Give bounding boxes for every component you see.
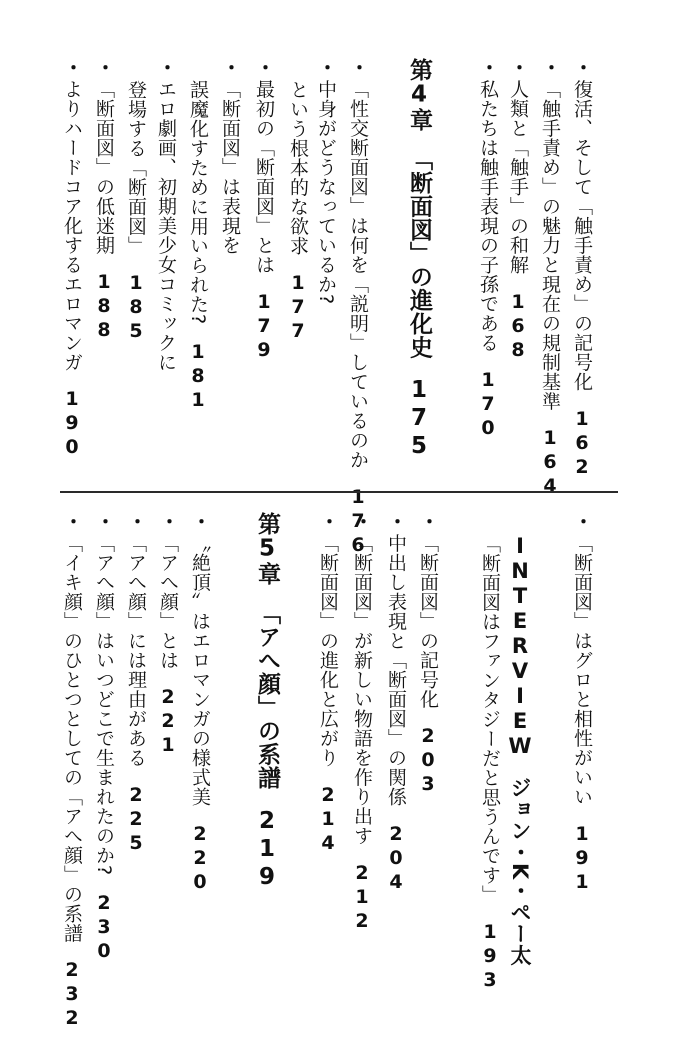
entry-title-line2: 誤魔化すために用いられた? <box>187 80 209 325</box>
toc-entry[interactable]: ・「断面図」が新しい物語を作り出す212 <box>348 512 376 934</box>
bullet-icon: ・ <box>568 512 596 532</box>
bullet-icon: ・ <box>344 58 372 78</box>
bullet-icon: ・ <box>152 58 180 78</box>
entry-title: 〝絶頂〟はエロマンガの様式美 <box>189 534 211 807</box>
page-number: 214 <box>314 784 342 856</box>
interview-heading[interactable]: INTERVIEWジョン・K・ペー太 <box>506 534 534 966</box>
toc-entry[interactable]: ・「アへ顔」はいつどこで生まれたのか?230 <box>90 512 118 964</box>
entry-title-line2: 登場する「断面図」 <box>125 80 147 256</box>
toc-entry[interactable]: ・「断面図」の低迷期188 <box>90 58 118 343</box>
toc-entry[interactable]: ・「イキ顔」のひとつとしての「アへ顔」の系譜232 <box>58 512 86 1031</box>
toc-entry[interactable]: ・「性交断面図」は何を「説明」しているのか176 <box>344 58 372 558</box>
entry-title: 「断面図」の低迷期 <box>93 80 115 256</box>
page-number: 185 <box>122 272 150 344</box>
bullet-icon: ・ <box>414 512 442 532</box>
toc-entry[interactable]: ・よりハードコア化するエロマンガ190 <box>58 58 86 460</box>
entry-title: 「性交断面図」は何を「説明」しているのか <box>347 80 369 470</box>
toc-entry-continued[interactable]: 誤魔化すために用いられた?181 <box>184 58 212 413</box>
bullet-icon: ・ <box>250 58 278 78</box>
page-number: 162 <box>568 408 596 480</box>
interviewee-name: ジョン・K・ペー太 <box>508 777 532 966</box>
bullet-icon: ・ <box>58 58 86 78</box>
chapter-number: 第4章 <box>404 58 434 132</box>
entry-title-line1: 「断面図」は表現を <box>219 80 241 256</box>
bullet-icon: ・ <box>504 58 532 78</box>
entry-title: 「触手責め」の魅力と現在の規制基準 <box>539 80 561 412</box>
toc-entry[interactable]: ・中身がどうなっているか? <box>312 58 340 305</box>
toc-entry[interactable]: ・〝絶頂〟はエロマンガの様式美220 <box>186 512 214 895</box>
chapter-title: 「断面図」の進化史 <box>406 148 432 360</box>
entry-title: よりハードコア化するエロマンガ <box>61 80 83 373</box>
chapter-title: 「アへ顔」の系譜 <box>254 602 280 790</box>
page-number: 179 <box>250 291 278 363</box>
entry-title: 「断面図」の記号化 <box>417 534 439 710</box>
page-number: 212 <box>348 862 376 934</box>
bullet-icon: ・ <box>90 512 118 532</box>
section-divider <box>60 491 618 493</box>
page-number: 177 <box>284 272 312 344</box>
bullet-icon: ・ <box>216 58 244 78</box>
chapter-number: 第5章 <box>252 512 282 586</box>
page-number: 190 <box>58 388 86 460</box>
interview-title[interactable]: 「断面図はファンタジーだと思うんです」193 <box>476 534 504 993</box>
toc-entry-continued[interactable]: という根本的な欲求177 <box>284 58 312 344</box>
bullet-icon: ・ <box>154 512 182 532</box>
bullet-icon: ・ <box>382 512 410 532</box>
bullet-icon: ・ <box>90 58 118 78</box>
bullet-icon: ・ <box>186 512 214 532</box>
toc-entry[interactable]: ・「アへ顔」には理由がある225 <box>122 512 150 856</box>
page-number: 219 <box>252 808 282 892</box>
page-number: 188 <box>90 271 118 343</box>
entry-title: 「イキ顔」のひとつとしての「アへ顔」の系譜 <box>61 534 83 944</box>
entry-title: 「アへ顔」には理由がある <box>125 534 147 768</box>
toc-entry[interactable]: ・最初の「断面図」とは179 <box>250 58 278 363</box>
bullet-icon: ・ <box>536 58 564 78</box>
chapter-4-heading[interactable]: 第4章「断面図」の進化史175 <box>404 58 434 461</box>
page-number: 221 <box>154 686 182 758</box>
page-number: 225 <box>122 784 150 856</box>
bullet-icon: ・ <box>348 512 376 532</box>
page-number: 191 <box>568 823 596 895</box>
toc-bottom-section: ・「断面図」はグロと相性がいい191 INTERVIEWジョン・K・ペー太 「断… <box>50 512 630 962</box>
entry-title: 「断面図」の進化と広がり <box>317 534 339 768</box>
page-number: 175 <box>404 377 434 461</box>
page-number: 203 <box>414 725 442 797</box>
toc-entry[interactable]: ・私たちは触手表現の子孫である170 <box>474 58 502 441</box>
toc-entry[interactable]: ・「アへ顔」とは221 <box>154 512 182 758</box>
entry-title: 最初の「断面図」とは <box>253 80 275 275</box>
entry-title: 中出し表現と「断面図」の関係 <box>385 534 407 807</box>
page-number: 204 <box>382 823 410 895</box>
chapter-5-heading[interactable]: 第5章「アへ顔」の系譜219 <box>252 512 282 892</box>
entry-title: 人類と「触手」の和解 <box>507 80 529 275</box>
page-number: 230 <box>90 892 118 964</box>
entry-title-line1: 中身がどうなっているか? <box>315 80 337 305</box>
bullet-icon: ・ <box>568 58 596 78</box>
entry-title: 「アへ顔」とは <box>157 534 179 671</box>
bullet-icon: ・ <box>474 58 502 78</box>
entry-title: 「断面図」はグロと相性がいい <box>571 534 593 807</box>
toc-entry[interactable]: ・人類と「触手」の和解168 <box>504 58 532 363</box>
entry-title: 「断面図はファンタジーだと思うんです」 <box>479 534 501 905</box>
toc-entry[interactable]: ・「断面図」は表現を <box>216 58 244 255</box>
entry-title-line1: エロ劇画、初期美少女コミックに <box>155 80 177 373</box>
page-number: 220 <box>186 823 214 895</box>
page-number: 170 <box>474 369 502 441</box>
bullet-icon: ・ <box>312 58 340 78</box>
toc-entry[interactable]: ・「断面図」の記号化203 <box>414 512 442 797</box>
interview-label: INTERVIEW <box>506 534 534 759</box>
entry-title-line2: という根本的な欲求 <box>287 80 309 256</box>
bullet-icon: ・ <box>58 512 86 532</box>
toc-entry-continued[interactable]: 登場する「断面図」185 <box>122 58 150 344</box>
toc-entry[interactable]: ・「断面図」はグロと相性がいい191 <box>568 512 596 895</box>
toc-entry[interactable]: ・「断面図」の進化と広がり214 <box>314 512 342 856</box>
entry-title: 復活、そして「触手責め」の記号化 <box>571 80 593 392</box>
toc-entry[interactable]: ・「触手責め」の魅力と現在の規制基準164 <box>536 58 564 499</box>
toc-top-section: ・復活、そして「触手責め」の記号化162 ・「触手責め」の魅力と現在の規制基準1… <box>50 58 630 478</box>
page-number: 181 <box>184 341 212 413</box>
bullet-icon: ・ <box>122 512 150 532</box>
entry-title: 私たちは触手表現の子孫である <box>477 80 499 353</box>
entry-title: 「断面図」が新しい物語を作り出す <box>351 534 373 846</box>
page-number: 193 <box>476 921 504 993</box>
page-number: 164 <box>536 427 564 499</box>
page-number: 168 <box>504 291 532 363</box>
toc-entry[interactable]: ・復活、そして「触手責め」の記号化162 <box>568 58 596 480</box>
entry-title: 「アへ顔」はいつどこで生まれたのか? <box>93 534 115 876</box>
toc-entry[interactable]: ・中出し表現と「断面図」の関係204 <box>382 512 410 895</box>
toc-entry[interactable]: ・エロ劇画、初期美少女コミックに <box>152 58 180 372</box>
page-number: 232 <box>58 959 86 1031</box>
bullet-icon: ・ <box>314 512 342 532</box>
